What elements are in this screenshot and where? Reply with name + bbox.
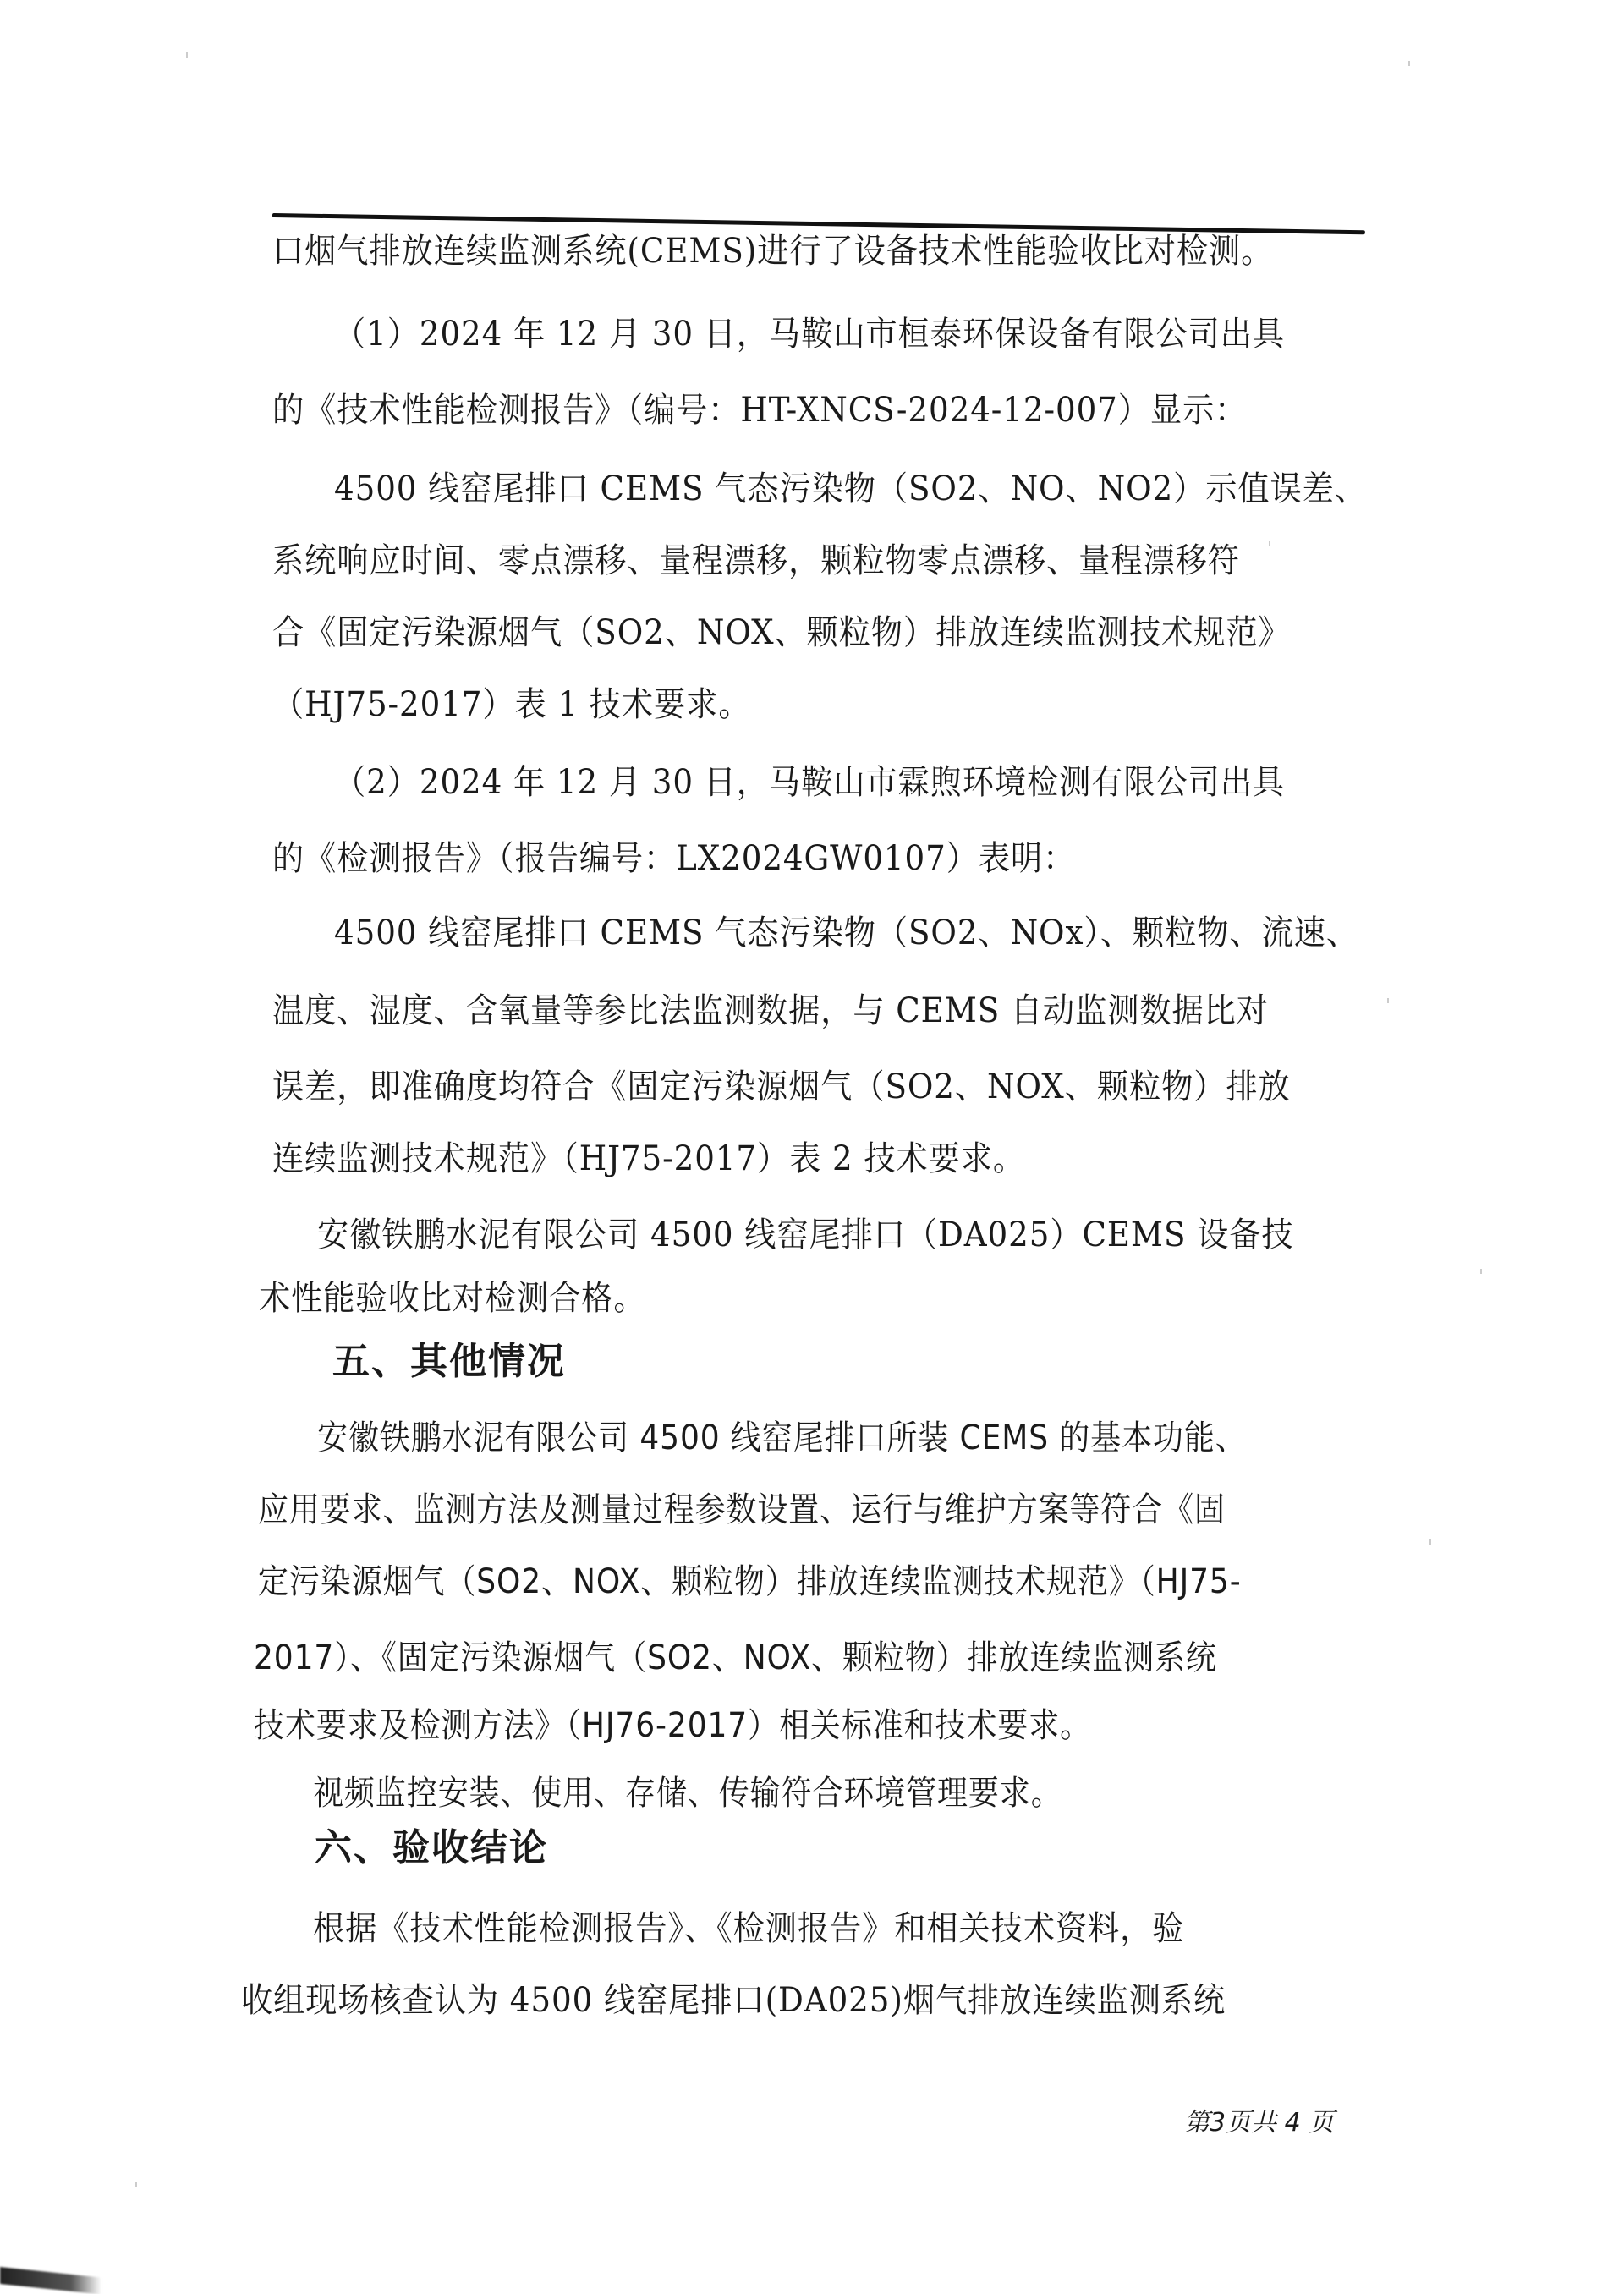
paragraph-line: 技术要求及检测方法》（HJ76-2017）相关标准和技术要求。 <box>254 1705 1091 1746</box>
page-number: 第3页共 4 页 <box>1184 2106 1334 2140</box>
paragraph-line: 视频监控安装、使用、存储、传输符合环境管理要求。 <box>313 1773 1062 1814</box>
paragraph-line: 连续监测技术规范》（HJ75-2017）表 2 技术要求。 <box>272 1139 1025 1179</box>
paragraph-line: 2017）、《固定污染源烟气（SO2、NOX、颗粒物）排放连续监测系统 <box>254 1638 1217 1678</box>
scan-edge-shadow <box>0 2267 101 2294</box>
paragraph-line: 根据《技术性能检测报告》、《检测报告》和相关技术资料，验 <box>313 1908 1184 1949</box>
paragraph-line: 定污染源烟气（SO2、NOX、颗粒物）排放连续监测技术规范》（HJ75- <box>258 1561 1242 1602</box>
scan-speck <box>135 2182 137 2187</box>
paragraph-line: 的《技术性能检测报告》（编号：HT-XNCS-2024-12-007）显示： <box>272 390 1247 431</box>
paragraph-line: 的《检测报告》（报告编号：LX2024GW0107）表明： <box>272 838 1075 879</box>
section-heading-other: 五、其他情况 <box>332 1340 566 1384</box>
document-page: 口烟气排放连续监测系统(CEMS)进行了设备技术性能验收比对检测。 （1）202… <box>0 0 1624 2294</box>
paragraph-line: 4500 线窑尾排口 CEMS 气态污染物（SO2、NOx）、颗粒物、流速、 <box>334 913 1358 953</box>
scan-speck <box>1408 61 1410 66</box>
paragraph-line: 4500 线窑尾排口 CEMS 气态污染物（SO2、NO、NO2）示值误差、 <box>334 469 1367 509</box>
paragraph-line: 误差，即准确度均符合《固定污染源烟气（SO2、NOX、颗粒物）排放 <box>272 1067 1291 1107</box>
section-heading-conclusion: 六、验收结论 <box>315 1826 548 1870</box>
scan-speck <box>1480 1269 1482 1274</box>
paragraph-line: （1）2024 年 12 月 30 日，马鞍山市桓泰环保设备有限公司出具 <box>334 314 1285 354</box>
paragraph-line: 系统响应时间、零点漂移、量程漂移，颗粒物零点漂移、量程漂移符 <box>272 541 1240 581</box>
paragraph-line: （2）2024 年 12 月 30 日，马鞍山市霖煦环境检测有限公司出具 <box>334 762 1285 803</box>
paragraph-line: 口烟气排放连续监测系统(CEMS)进行了设备技术性能验收比对检测。 <box>272 231 1273 272</box>
paragraph-line: 安徽铁鹏水泥有限公司 4500 线窑尾排口（DA025）CEMS 设备技 <box>317 1215 1294 1255</box>
scan-speck <box>1269 541 1270 546</box>
paragraph-line: 合《固定污染源烟气（SO2、NOX、颗粒物）排放连续监测技术规范》 <box>272 612 1291 653</box>
paragraph-line: 收组现场核查认为 4500 线窑尾排口(DA025)烟气排放连续监测系统 <box>241 1980 1226 2021</box>
paragraph-line: 应用要求、监测方法及测量过程参数设置、运行与维护方案等符合《固 <box>258 1490 1226 1530</box>
paragraph-line: 术性能验收比对检测合格。 <box>259 1278 646 1319</box>
paragraph-line: （HJ75-2017）表 1 技术要求。 <box>272 684 750 725</box>
paragraph-line: 温度、湿度、含氧量等参比法监测数据，与 CEMS 自动监测数据比对 <box>272 991 1269 1031</box>
scan-speck <box>1387 998 1389 1003</box>
scan-speck <box>1429 1539 1431 1545</box>
scan-speck <box>186 52 188 58</box>
paragraph-line: 安徽铁鹏水泥有限公司 4500 线窑尾排口所装 CEMS 的基本功能、 <box>317 1418 1247 1458</box>
